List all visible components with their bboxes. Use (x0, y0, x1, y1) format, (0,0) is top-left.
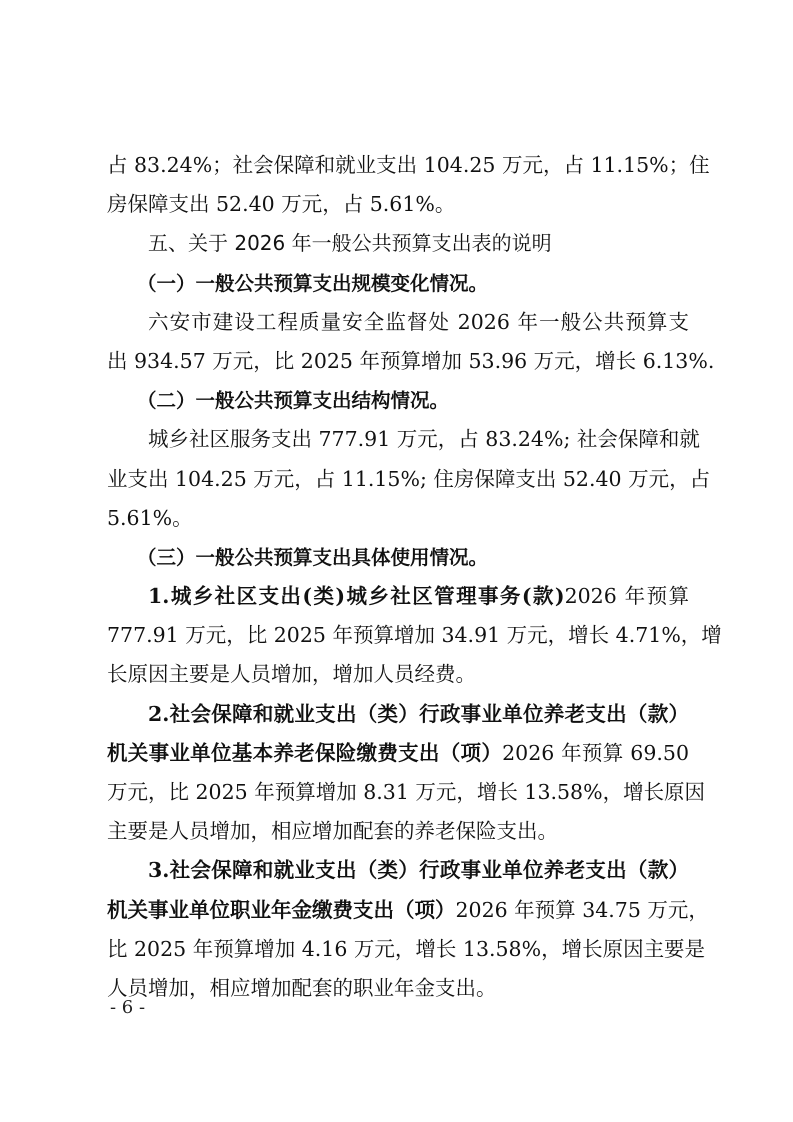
paragraph-line: 主要是人员增加，相应增加配套的养老保险支出。 (107, 812, 689, 851)
item-title: 机关事业单位职业年金缴费支出（项） (107, 898, 456, 922)
item-2-line: 2.社会保障和就业支出（类）行政事业单位养老支出（款） (107, 695, 689, 734)
item-3-line: 3.社会保障和就业支出（类）行政事业单位养老支出（款） (107, 851, 689, 890)
item-3-line: 机关事业单位职业年金缴费支出（项）2026 年预算 34.75 万元， (107, 891, 689, 930)
paragraph-line: 人员增加，相应增加配套的职业年金支出。 (107, 969, 689, 1008)
document-page: 占 83.24%；社会保障和就业支出 104.25 万元，占 11.15%；住 … (107, 146, 689, 1008)
item-text: 2026 年预算 (565, 584, 689, 608)
item-text: 2026 年预算 69.50 (502, 741, 689, 765)
page-number: - 6 - (110, 997, 145, 1018)
item-title: 2.社会保障和就业支出（类）行政事业单位养老支出（款） (148, 702, 689, 726)
paragraph-line: 比 2025 年预算增加 4.16 万元，增长 13.58%，增长原因主要是 (107, 930, 689, 969)
item-text: 2026 年预算 34.75 万元， (456, 898, 709, 922)
item-title: 3.社会保障和就业支出（类）行政事业单位养老支出（款） (148, 858, 689, 882)
paragraph-line: 城乡社区服务支出 777.91 万元，占 83.24%; 社会保障和就 (107, 420, 689, 459)
paragraph-line: 5.61%。 (107, 499, 689, 538)
subsection-heading: （三）一般公共预算支出具体使用情况。 (107, 538, 689, 577)
item-1-line: 1.城乡社区支出(类)城乡社区管理事务(款)2026 年预算 (107, 577, 689, 616)
paragraph-line: 占 83.24%；社会保障和就业支出 104.25 万元，占 11.15%；住 (107, 146, 689, 185)
paragraph-line: 房保障支出 52.40 万元，占 5.61%。 (107, 185, 689, 224)
item-title: 机关事业单位基本养老保险缴费支出（项） (107, 741, 502, 765)
paragraph-line: 出 934.57 万元，比 2025 年预算增加 53.96 万元，增长 6.1… (107, 342, 689, 381)
paragraph-line: 777.91 万元，比 2025 年预算增加 34.91 万元，增长 4.71%… (107, 616, 689, 655)
subsection-heading: （一）一般公共预算支出规模变化情况。 (107, 264, 689, 303)
section-heading: 五、关于 2026 年一般公共预算支出表的说明 (107, 224, 689, 263)
item-title: 1.城乡社区支出(类)城乡社区管理事务(款) (148, 584, 565, 608)
paragraph-line: 长原因主要是人员增加，增加人员经费。 (107, 655, 689, 694)
paragraph-line: 业支出 104.25 万元，占 11.15%; 住房保障支出 52.40 万元，… (107, 460, 689, 499)
paragraph-line: 万元，比 2025 年预算增加 8.31 万元，增长 13.58%，增长原因 (107, 773, 689, 812)
item-2-line: 机关事业单位基本养老保险缴费支出（项）2026 年预算 69.50 (107, 734, 689, 773)
subsection-heading: （二）一般公共预算支出结构情况。 (107, 381, 689, 420)
paragraph-line: 六安市建设工程质量安全监督处 2026 年一般公共预算支 (107, 303, 689, 342)
